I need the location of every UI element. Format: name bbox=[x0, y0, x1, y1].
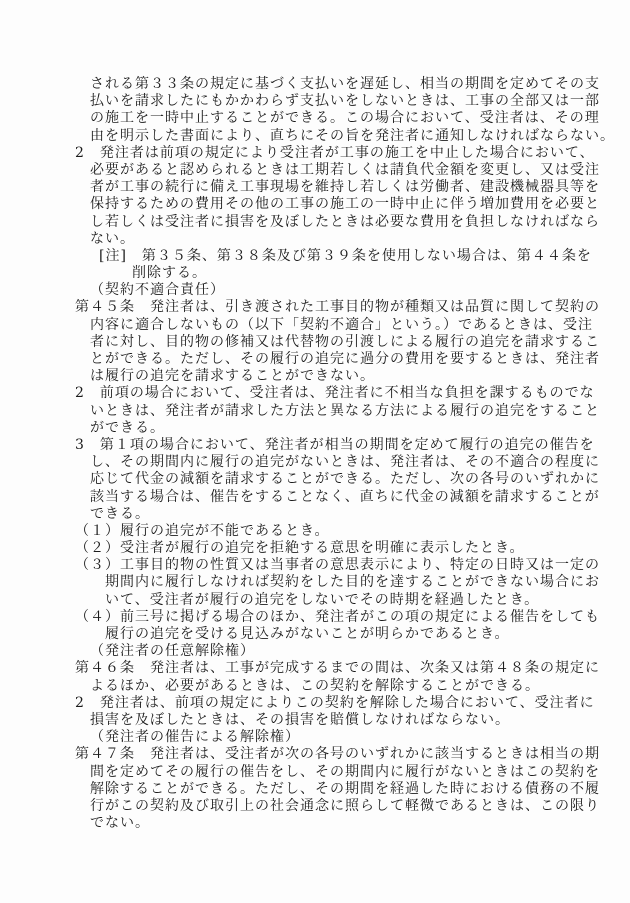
article-45-line: 第４５条 発注者は、引き渡された工事目的物が種類又は品質に関して契約の bbox=[75, 299, 620, 316]
document-line: は履行の追完を請求することができない。 bbox=[75, 368, 620, 385]
document-line: 保持するための費用その他の工事の施工の一時中止に伴う増加費用を必要と bbox=[75, 196, 620, 213]
document-line: 者が工事の続行に備え工事現場を維持し若しくは労働者、建設機械器具等を bbox=[75, 179, 620, 196]
document-line: いて、受注者が履行の追完をしないでその時期を経過したとき。 bbox=[75, 592, 620, 609]
document-line: 必要があると認められるときは工期若しくは請負代金額を変更し、又は受注 bbox=[75, 162, 620, 179]
paragraph-2-line: 2 発注者は前項の規定により受注者が工事の施工を中止した場合において、 bbox=[75, 145, 620, 162]
article-46-line: 第４６条 発注者は、工事が完成するまでの間は、次条又は第４８条の規定に bbox=[75, 660, 620, 677]
document-line: 間を定めてその履行の催告をし、その期間内に履行がないときはこの契約を bbox=[75, 764, 620, 781]
document-line: 期間内に履行しなければ契約をした目的を達することができない場合にお bbox=[75, 574, 620, 591]
document-line: 損害を及ぼしたときは、その損害を賠償しなければならない。 bbox=[75, 712, 620, 729]
document-line: でない。 bbox=[75, 815, 620, 832]
item-1-line: （１）履行の追完が不能であるとき。 bbox=[75, 523, 620, 540]
paragraph-2-line: 2 発注者は、前項の規定によりこの契約を解除した場合において、受注者に bbox=[75, 695, 620, 712]
item-2-line: （２）受注者が履行の追完を拒絶する意思を明確に表示したとき。 bbox=[75, 540, 620, 557]
document-line: よるほか、必要があるときは、この契約を解除することができる。 bbox=[75, 678, 620, 695]
article-47-heading: （発注者の催告による解除権） bbox=[75, 729, 620, 746]
document-line: できる。 bbox=[75, 506, 620, 523]
paragraph-3-line: 3 第１項の場合において、発注者が相当の期間を定めて履行の追完の催告を bbox=[75, 437, 620, 454]
document-line: される第３３条の規定に基づく支払いを遅延し、相当の期間を定めてその支 bbox=[75, 76, 620, 93]
article-45-heading: （契約不適合責任） bbox=[75, 282, 620, 299]
document-line: ない。 bbox=[75, 231, 620, 248]
document-line: 内容に適合しないもの（以下「契約不適合」という。）であるときは、受注 bbox=[75, 317, 620, 334]
article-47-line: 第４７条 発注者は、受注者が次の各号のいずれかに該当するときは相当の期 bbox=[75, 746, 620, 763]
item-3-line: （３）工事目的物の性質又は当事者の意思表示により、特定の日時又は一定の bbox=[75, 557, 620, 574]
contract-document-page: される第３３条の規定に基づく支払いを遅延し、相当の期間を定めてその支 払いを請求… bbox=[0, 0, 630, 903]
document-line: 払いを請求したにもかかわらず支払いをしないときは、工事の全部又は一部 bbox=[75, 93, 620, 110]
document-line: 行がこの契約及び取引上の社会通念に照らして軽微であるときは、この限り bbox=[75, 798, 620, 815]
document-line: 応じて代金の減額を請求することができる。ただし、次の各号のいずれかに bbox=[75, 471, 620, 488]
document-line: ができる。 bbox=[75, 420, 620, 437]
article-46-heading: （発注者の任意解除権） bbox=[75, 643, 620, 660]
document-line: 者に対し、目的物の修補又は代替物の引渡しによる履行の追完を請求するこ bbox=[75, 334, 620, 351]
note-line: 削除する。 bbox=[75, 265, 620, 282]
document-line: 解除することができる。ただし、その期間を経過した時における債務の不履 bbox=[75, 781, 620, 798]
contract-text-block: される第３３条の規定に基づく支払いを遅延し、相当の期間を定めてその支 払いを請求… bbox=[75, 76, 620, 832]
note-line: [注] 第３５条、第３８条及び第３９条を使用しない場合は、第４４条を bbox=[75, 248, 620, 265]
document-line: の施工を一時中止することができる。この場合において、受注者は、その理 bbox=[75, 110, 620, 127]
document-line: 該当する場合は、催告をすることなく、直ちに代金の減額を請求することが bbox=[75, 489, 620, 506]
document-line: 履行の追完を受ける見込みがないことが明らかであるとき。 bbox=[75, 626, 620, 643]
document-line: し若しくは受注者に損害を及ぼしたときは必要な費用を負担しなければなら bbox=[75, 214, 620, 231]
document-line: いときは、発注者が請求した方法と異なる方法による履行の追完をすること bbox=[75, 403, 620, 420]
item-4-line: （４）前三号に掲げる場合のほか、発注者がこの項の規定による催告をしても bbox=[75, 609, 620, 626]
document-line: 由を明示した書面により、直ちにその旨を発注者に通知しなければならない。 bbox=[75, 128, 620, 145]
document-line: し、その期間内に履行の追完がないときは、発注者は、その不適合の程度に bbox=[75, 454, 620, 471]
document-line: とができる。ただし、その履行の追完に過分の費用を要するときは、発注者 bbox=[75, 351, 620, 368]
paragraph-2-line: 2 前項の場合において、受注者は、発注者に不相当な負担を課するものでな bbox=[75, 385, 620, 402]
